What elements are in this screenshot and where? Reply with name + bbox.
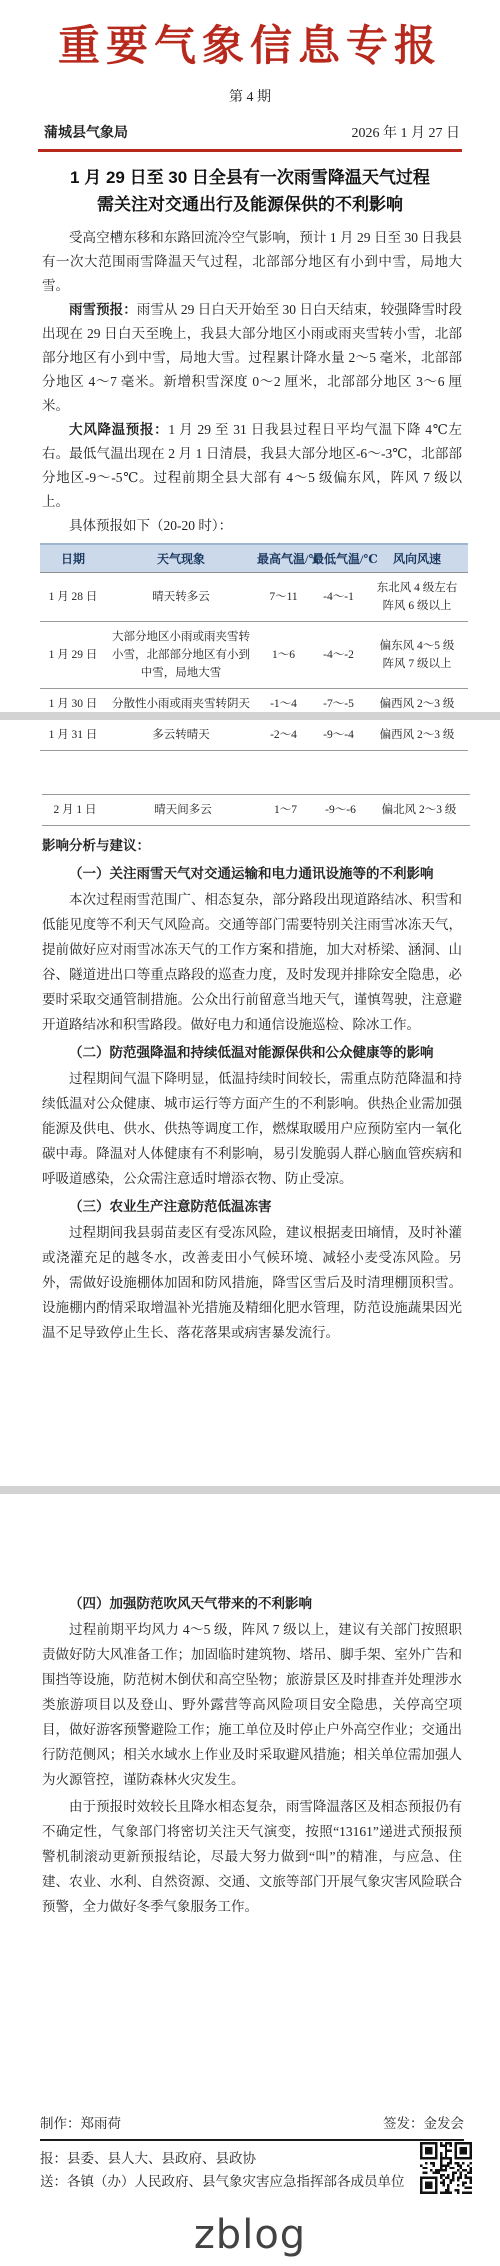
cell-tmin: -9～-4 xyxy=(311,720,366,751)
forecast-table-continued: 2 月 1 日 晴天间多云 1～7 -9～-6 偏北风 2～3 级 xyxy=(42,794,470,826)
page-break-bar xyxy=(0,712,500,720)
section-title: （三）农业生产注意防范低温冻害 xyxy=(42,1194,462,1220)
table-header-row: 日期 天气现象 最高气温/℃ 最低气温/℃ 风向风速 xyxy=(40,544,468,573)
maker-signer-row: 制作：郑雨荷 签发：金发会 xyxy=(40,2114,464,2134)
table-row: 1 月 28 日 晴天转多云 7～11 -4～-1 东北风 4 级左右 阵风 6… xyxy=(40,573,468,622)
impact-section-2: （二）防范强降温和持续低温对能源保供和公众健康等的影响 过程期间气温下降明显，低… xyxy=(42,1040,462,1191)
signer: 签发：金发会 xyxy=(383,2114,464,2134)
cell-date: 1 月 28 日 xyxy=(40,573,106,622)
cell-weather: 晴天间多云 xyxy=(108,795,258,826)
wind-forecast-paragraph: 大风降温预报：1 月 29 至 31 日我县过程日平均气温下降 4℃左右。最低气… xyxy=(42,418,462,514)
cell-tmin: -4～-2 xyxy=(311,622,366,689)
section-title: （二）防范强降温和持续低温对能源保供和公众健康等的影响 xyxy=(42,1040,462,1066)
section-body: 过程期间气温下降明显，低温持续时间较长，需重点防范降温和持续低温对公众健康、城市… xyxy=(42,1066,462,1191)
page2-content: 2 月 1 日 晴天间多云 1～7 -9～-6 偏北风 2～3 级 影响分析与建… xyxy=(42,794,462,1345)
section-title: （一）关注雨雪天气对交通运输和电力通讯设施等的不利影响 xyxy=(42,861,462,887)
issue-date: 2026 年 1 月 27 日 xyxy=(352,122,461,142)
col-wind: 风向风速 xyxy=(366,544,468,573)
col-tmin: 最低气温/℃ xyxy=(311,544,366,573)
impact-section-3: （三）农业生产注意防范低温冻害 过程期间我县弱苗麦区有受冻风险，建议根据麦田墒情… xyxy=(42,1194,462,1345)
col-tmax: 最高气温/℃ xyxy=(256,544,311,573)
impact-section-1: （一）关注雨雪天气对交通运输和电力通讯设施等的不利影响 本次过程雨雪范围广、相态… xyxy=(42,861,462,1037)
send-line: 送：各镇（办）人民政府、县气象灾害应急指挥部各成员单位 xyxy=(40,2170,402,2193)
wind-forecast-label: 大风降温预报： xyxy=(69,422,168,437)
cell-tmax: 1～6 xyxy=(256,622,311,689)
closing-paragraph: 由于预报时效较长且降水相态复杂，雨雪降温落区及相态预报仍有不确定性，气象部门将密… xyxy=(42,1794,462,1919)
red-divider xyxy=(38,149,462,152)
cell-tmax: 7～11 xyxy=(256,573,311,622)
cell-date: 1 月 31 日 xyxy=(40,720,106,751)
footer-divider xyxy=(40,2139,464,2141)
intro-paragraph: 受高空槽东移和东路回流冷空气影响，预计 1 月 29 日至 30 日我县有一次大… xyxy=(42,226,462,298)
bulletin-title: 重要气象信息专报 xyxy=(0,0,500,78)
cell-weather: 大部分地区小雨或雨夹雪转小雪，北部部分地区有小到中雪，局地大雪 xyxy=(106,622,256,689)
table-row: 2 月 1 日 晴天间多云 1～7 -9～-6 偏北风 2～3 级 xyxy=(42,795,470,826)
cell-tmin: -9～-6 xyxy=(313,795,368,826)
forecast-text: 受高空槽东移和东路回流冷空气影响，预计 1 月 29 日至 30 日我县有一次大… xyxy=(42,226,462,538)
section-body: 本次过程雨雪范围广、相态复杂，部分路段出现道路结冰、积雪和低能见度等不利天气风险… xyxy=(42,887,462,1037)
snow-forecast-text: 雨雪从 29 日白天开始至 30 日白天结束，较强降雪时段出现在 29 日白天至… xyxy=(42,302,462,413)
qr-code-icon xyxy=(420,2142,472,2194)
impact-heading: 影响分析与建议： xyxy=(42,834,462,858)
bulletin-page: 重要气象信息专报 第 4 期 蒲城县气象局 2026 年 1 月 27 日 1 … xyxy=(0,0,500,2266)
table-row: 1 月 29 日 大部分地区小雨或雨夹雪转小雪，北部部分地区有小到中雪，局地大雪… xyxy=(40,622,468,689)
snow-forecast-label: 雨雪预报： xyxy=(69,302,137,317)
cell-wind: 偏北风 2～3 级 xyxy=(368,795,470,826)
page-break-bar xyxy=(0,1486,500,1494)
table-intro: 具体预报如下（20-20 时）： xyxy=(42,514,462,538)
cell-tmin: -4～-1 xyxy=(311,573,366,622)
page3-content: （四）加强防范吹风天气带来的不利影响 过程前期平均风力 4～5 级，阵风 7 级… xyxy=(42,1588,462,1933)
col-date: 日期 xyxy=(40,544,106,573)
cell-tmax: -2～4 xyxy=(256,720,311,751)
table-row: 1 月 31 日 多云转晴天 -2～4 -9～-4 偏西风 2～3 级 xyxy=(40,720,468,751)
distribution-lines: 报：县委、县人大、县政府、县政协 送：各镇（办）人民政府、县气象灾害应急指挥部各… xyxy=(40,2147,464,2193)
cell-date: 1 月 29 日 xyxy=(40,622,106,689)
cell-date: 2 月 1 日 xyxy=(42,795,108,826)
agency-date-row: 蒲城县气象局 2026 年 1 月 27 日 xyxy=(44,122,460,142)
headline: 1 月 29 日至 30 日全县有一次雨雪降温天气过程 需关注对交通出行及能源保… xyxy=(0,164,500,218)
cell-wind: 东北风 4 级左右 阵风 6 级以上 xyxy=(366,573,468,622)
cell-weather: 晴天转多云 xyxy=(106,573,256,622)
headline-line1: 1 月 29 日至 30 日全县有一次雨雪降温天气过程 xyxy=(0,164,500,191)
issue-number: 第 4 期 xyxy=(0,86,500,106)
section-body: 过程期间我县弱苗麦区有受冻风险，建议根据麦田墒情，及时补灌或浇灌充足的越冬水，改… xyxy=(42,1220,462,1345)
watermark-text: zblog xyxy=(0,2212,500,2258)
cell-tmax: 1～7 xyxy=(258,795,313,826)
footer: 制作：郑雨荷 签发：金发会 报：县委、县人大、县政府、县政协 送：各镇（办）人民… xyxy=(40,2114,464,2193)
cell-weather: 多云转晴天 xyxy=(106,720,256,751)
maker: 制作：郑雨荷 xyxy=(40,2114,121,2134)
cell-wind: 偏东风 4～5 级 阵风 7 级以上 xyxy=(366,622,468,689)
report-line: 报：县委、县人大、县政府、县政协 xyxy=(40,2147,402,2170)
section-body: 过程前期平均风力 4～5 级，阵风 7 级以上，建议有关部门按照职责做好防大风准… xyxy=(42,1617,462,1792)
cell-wind: 偏西风 2～3 级 xyxy=(366,720,468,751)
col-weather: 天气现象 xyxy=(106,544,256,573)
headline-line2: 需关注对交通出行及能源保供的不利影响 xyxy=(0,191,500,218)
section-title: （四）加强防范吹风天气带来的不利影响 xyxy=(42,1591,462,1617)
impact-section-4: （四）加强防范吹风天气带来的不利影响 过程前期平均风力 4～5 级，阵风 7 级… xyxy=(42,1591,462,1792)
snow-forecast-paragraph: 雨雪预报：雨雪从 29 日白天开始至 30 日白天结束，较强降雪时段出现在 29… xyxy=(42,298,462,418)
agency-name: 蒲城县气象局 xyxy=(44,122,128,142)
